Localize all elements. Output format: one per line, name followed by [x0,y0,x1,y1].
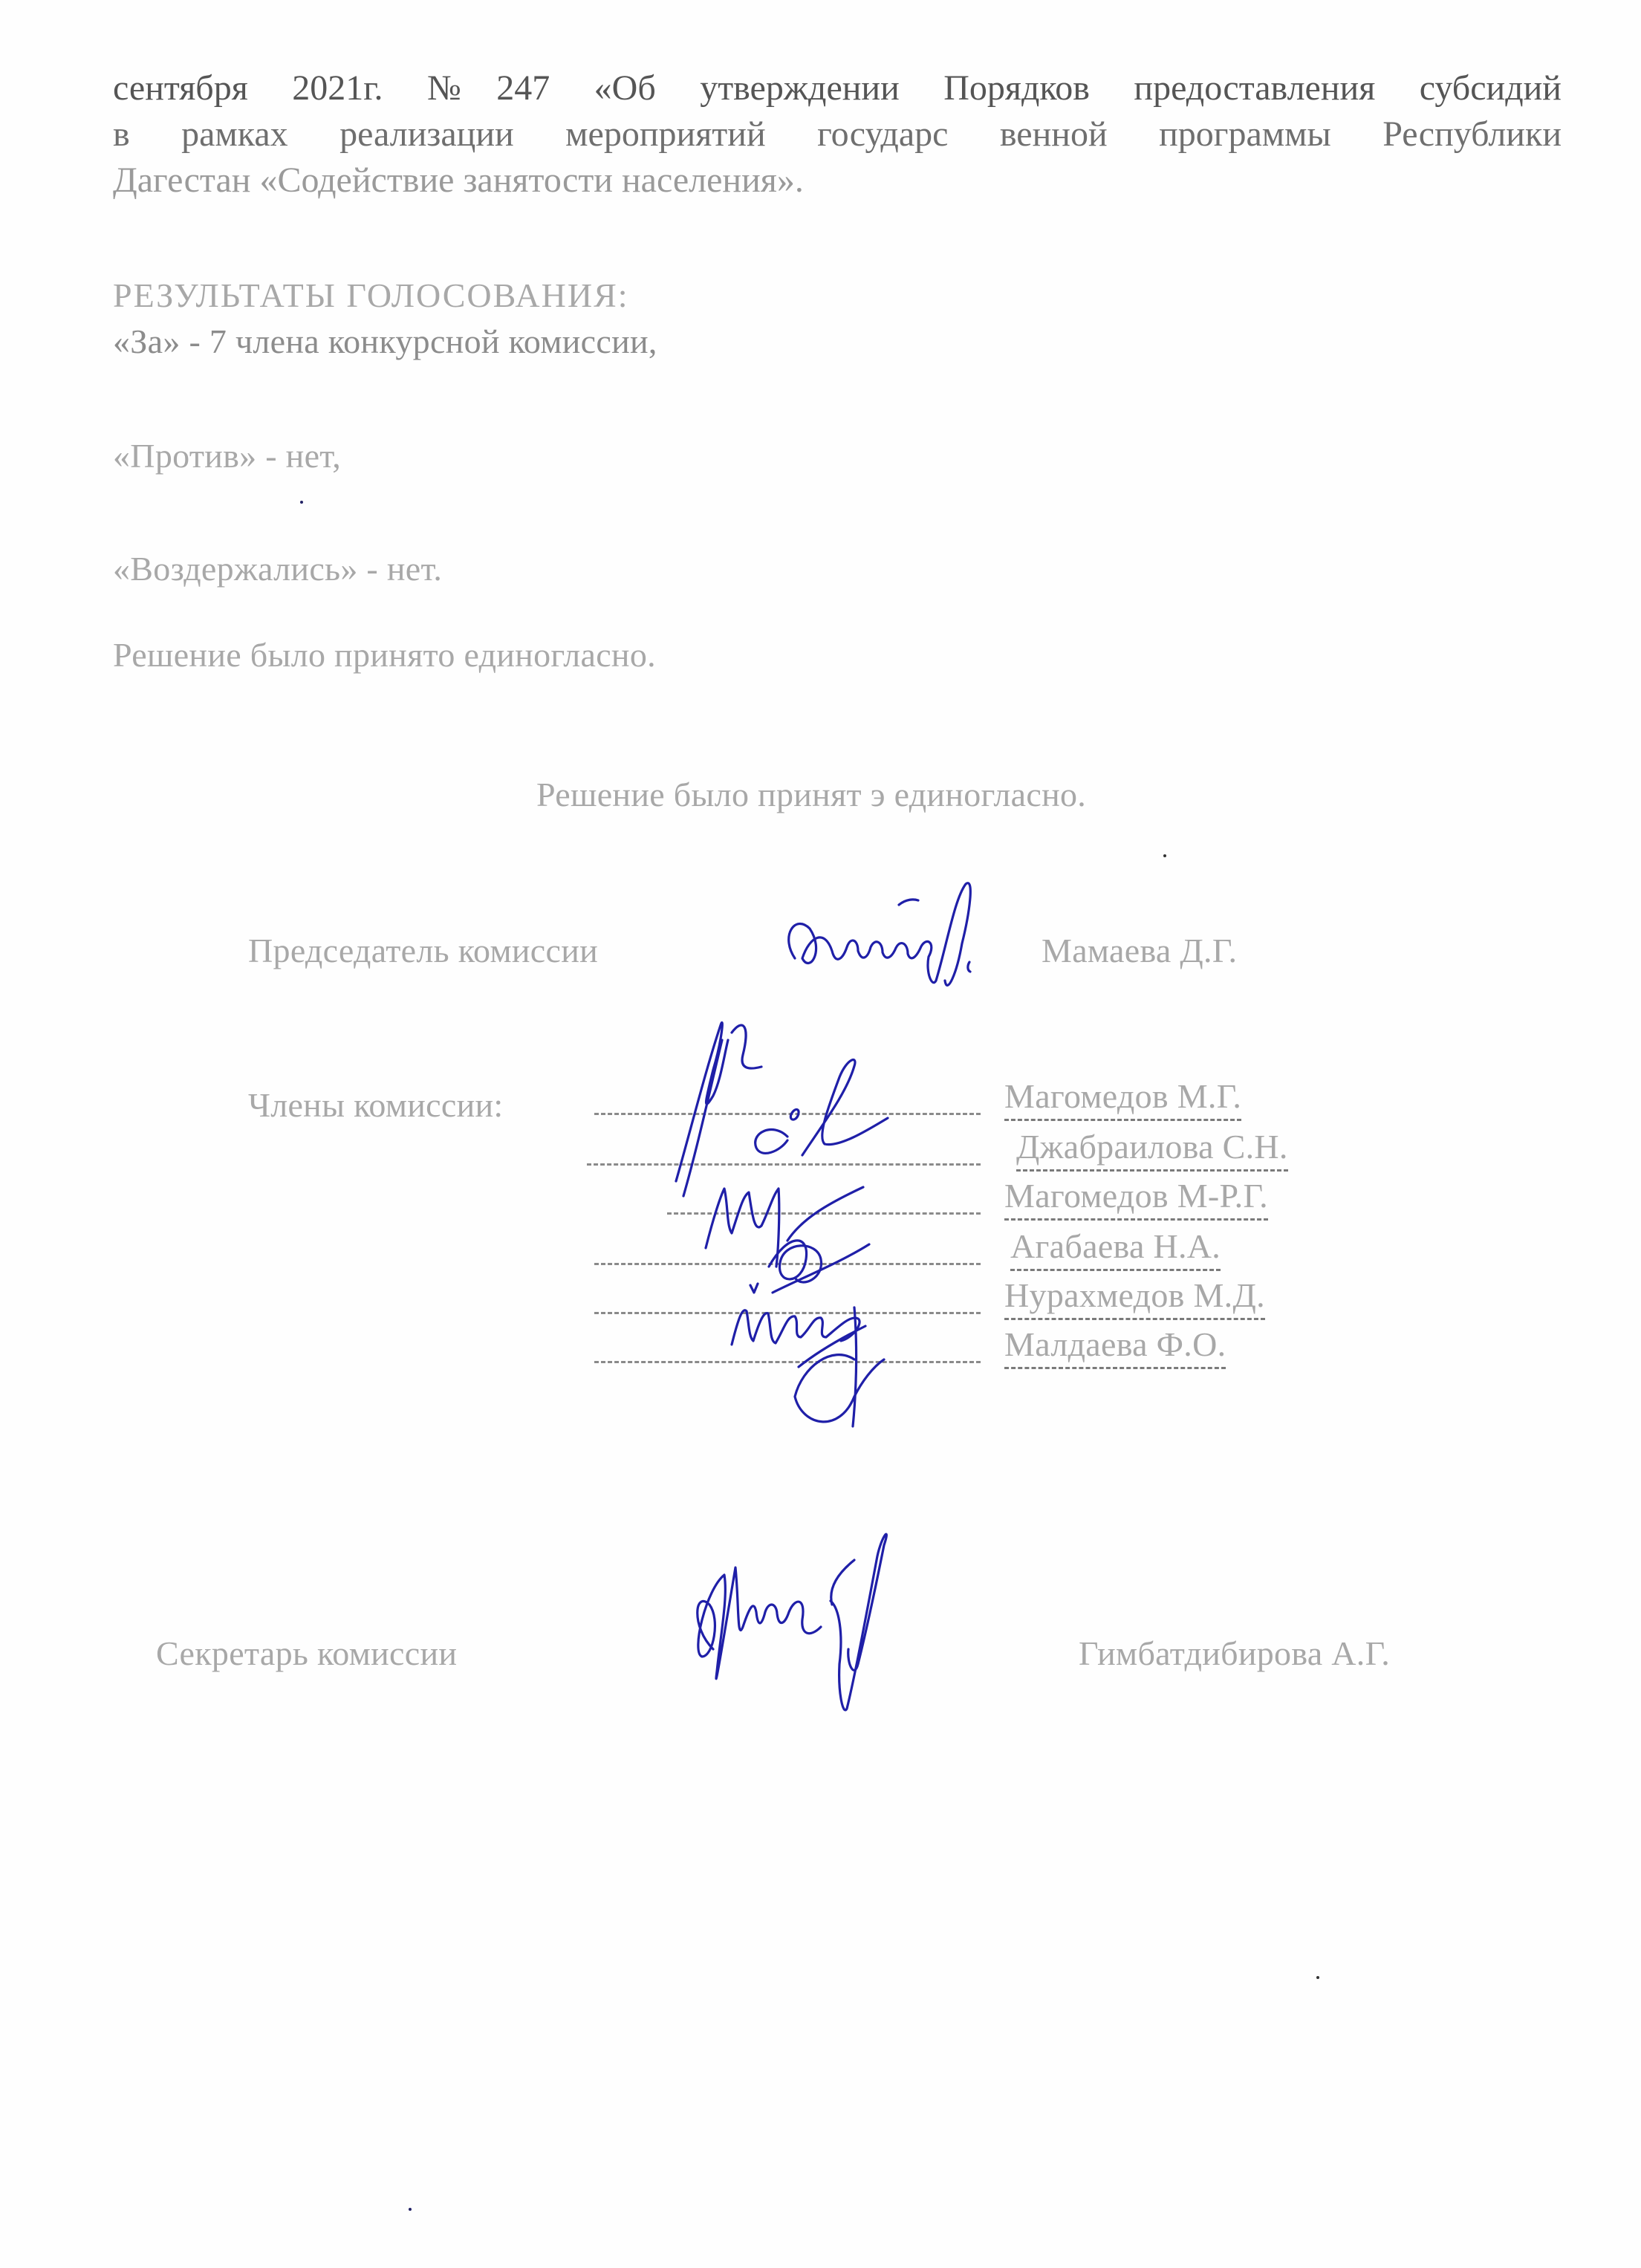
intro-paragraph: сентября 2021г. №247 «Об утверждении Пор… [113,65,1562,204]
voting-against: «Против» - нет, [113,434,341,478]
members-role: Члены комиссии: [248,1083,504,1128]
member-signatures [669,1010,1010,1397]
member-name: Магомедов М.Г. [1004,1074,1241,1121]
voting-abstained: «Воздержались» - нет. [113,547,442,591]
chairman-name: Мамаева Д.Г. [1042,929,1237,973]
member-name: Джабраилова С.Н. [1016,1125,1288,1172]
secretary-name: Гимбатдибирова А.Г. [1079,1631,1390,1676]
member-name: Агабаева Н.А. [1010,1224,1221,1271]
voting-for: «За» - 7 члена конкурсной комиссии, [113,319,657,364]
chairman-signature [780,869,1018,1010]
member-name: Магомедов М-Р.Г. [1004,1174,1268,1221]
intro-line: сентября 2021г. №247 «Об утверждении Пор… [113,65,1562,111]
decision-centered: Решение было принят э единогласно. [536,773,1086,817]
member-name: Малдаева Ф.О. [1004,1322,1226,1369]
voting-decision: Решение было принято единогласно. [113,633,656,678]
scan-speck [1316,1976,1319,1979]
voting-heading: РЕЗУЛЬТАТЫ ГОЛОСОВАНИЯ: [113,273,629,318]
scan-speck [1163,854,1166,857]
scan-speck [300,501,303,504]
secretary-signature [669,1515,1010,1738]
intro-line: в рамках реализации мероприятий государс… [113,111,1562,157]
chairman-role: Председатель комиссии [248,929,598,973]
scanned-page: сентября 2021г. №247 «Об утверждении Пор… [0,0,1641,2268]
intro-line: Дагестан «Содействие занятости населения… [113,157,1562,204]
scan-speck [409,2208,412,2211]
secretary-role: Секретарь комиссии [156,1631,457,1676]
member-name: Нурахмедов М.Д. [1004,1273,1265,1320]
